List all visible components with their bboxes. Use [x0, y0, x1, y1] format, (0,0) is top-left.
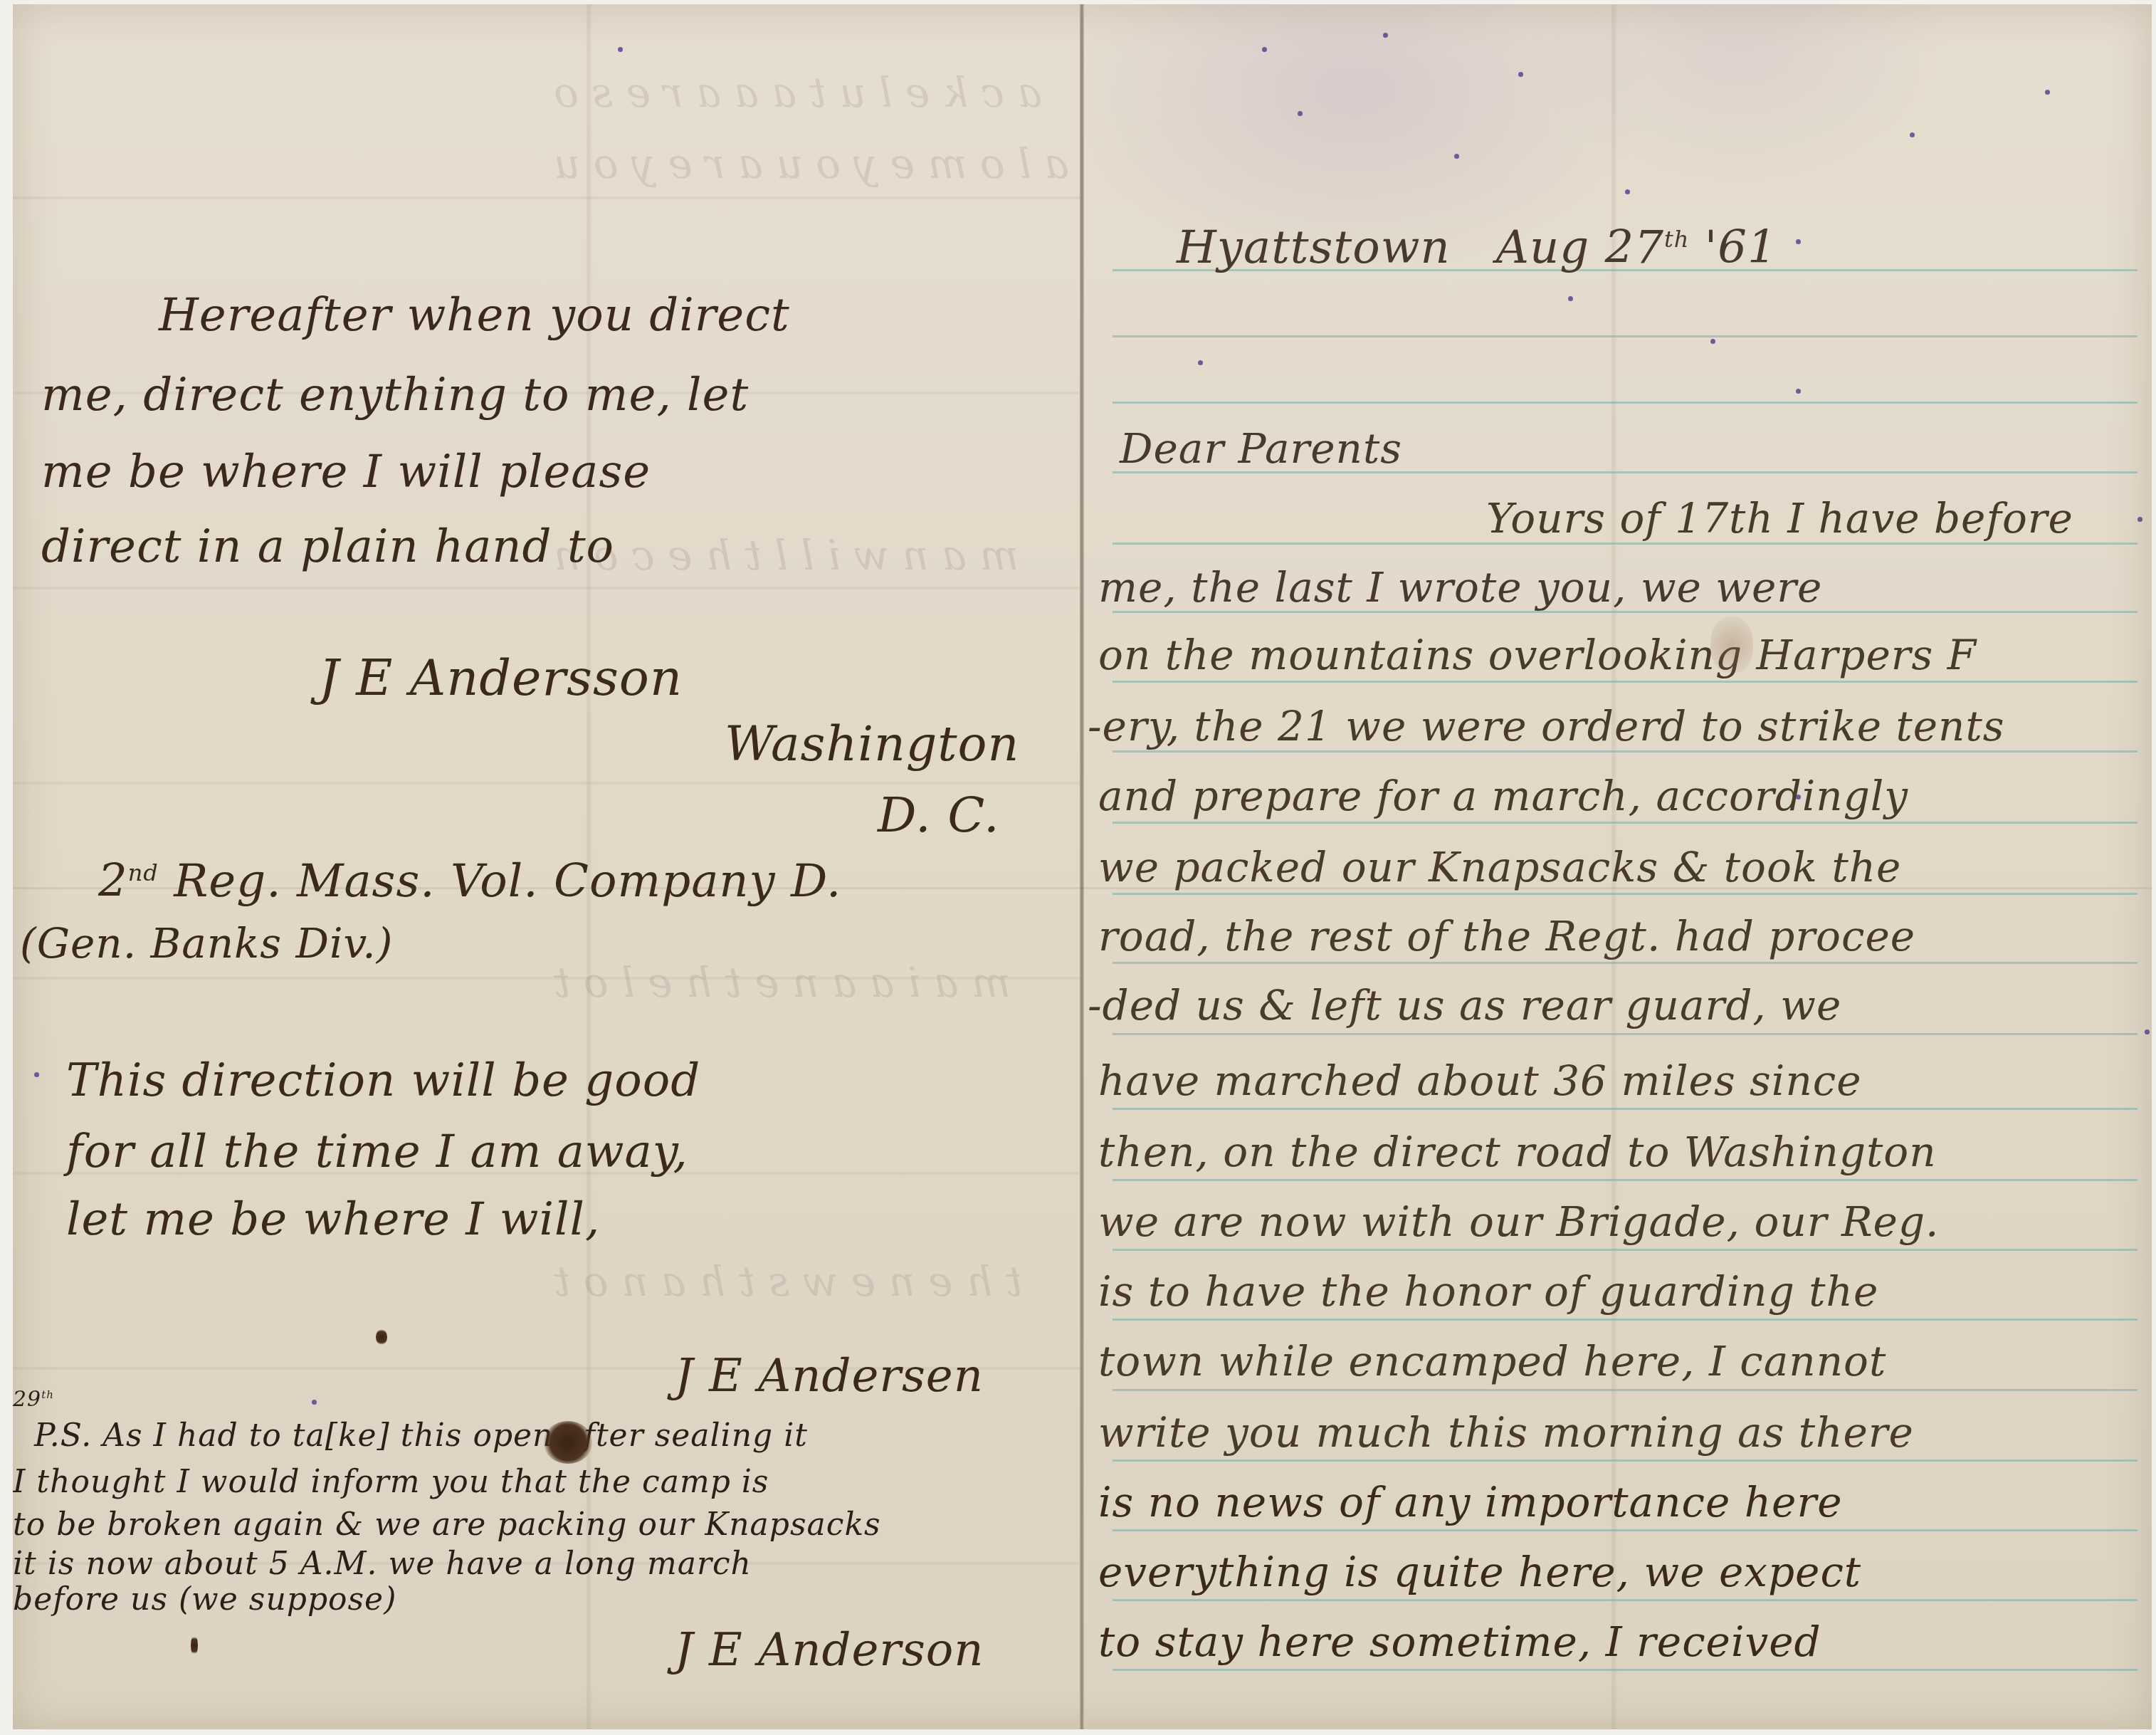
ruled-line — [1113, 962, 2137, 964]
ruled-line — [1113, 1529, 2137, 1531]
body-line: is to have the honor of guarding the — [1098, 1267, 1878, 1316]
postscript-day: 29 — [13, 1387, 41, 1412]
body-line: have marched about 36 miles since — [1098, 1057, 1862, 1105]
ruled-line — [1113, 1599, 2137, 1601]
ink-blot — [376, 1328, 387, 1346]
ink-speck — [312, 1400, 317, 1405]
note-line: This direction will be good — [66, 1054, 700, 1107]
postscript-line: P.S. As I had to ta[ke] this open after … — [34, 1417, 808, 1454]
letter-date: Aug 27 — [1496, 221, 1664, 274]
ink-speck — [1262, 47, 1267, 52]
body-line: me, the last I wrote you, we were — [1098, 563, 1822, 612]
postscript-line: to be broken again & we are packing our … — [13, 1506, 881, 1543]
body-line: to stay here sometime, I received — [1098, 1618, 1821, 1666]
ruled-line — [1113, 681, 2137, 683]
water-stain — [1710, 617, 1753, 673]
ink-speck — [1910, 132, 1915, 137]
signature-first: J E Andersen — [675, 1350, 984, 1403]
bleed-through-text: a l o m e y o u a r e y o u — [554, 140, 1069, 188]
ink-speck — [1518, 72, 1523, 77]
ink-speck — [2145, 1029, 2150, 1034]
instruction-line: direct in a plain hand to — [41, 520, 614, 573]
ruled-line — [1113, 1108, 2137, 1110]
postscript-date: 29th — [13, 1387, 54, 1412]
date-ordinal: th — [1664, 226, 1689, 253]
regiment-number: 2 — [98, 855, 128, 908]
postscript-line: it is now about 5 A.M. we have a long ma… — [13, 1546, 752, 1582]
ink-blot — [191, 1635, 198, 1656]
letter-sheet: a c k e l u t a a a r e s o a l o m e y … — [13, 4, 2152, 1729]
ink-speck — [1454, 154, 1459, 159]
ink-speck — [1568, 296, 1573, 301]
address-city: Washington — [725, 716, 1019, 772]
body-line: we are now with our Brigade, our Reg. — [1098, 1197, 1939, 1246]
ink-speck — [618, 47, 623, 52]
letter-place: Hyattstown — [1177, 221, 1451, 274]
regiment-ordinal: nd — [128, 859, 159, 886]
regiment-text: Reg. Mass. Vol. Company D. — [174, 855, 841, 908]
ruled-line — [1113, 402, 2137, 404]
ruled-line — [1113, 1669, 2137, 1671]
instruction-line: me be where I will please — [41, 446, 651, 498]
address-regiment: 2nd Reg. Mass. Vol. Company D. — [98, 855, 841, 908]
body-line: road, the rest of the Regt. had procee — [1098, 912, 1915, 960]
body-line: everything is quite here, we expect — [1098, 1548, 1861, 1596]
ink-speck — [1625, 189, 1630, 194]
ruled-line — [1113, 1459, 2137, 1462]
ink-blot — [543, 1421, 593, 1464]
ink-speck — [2045, 90, 2050, 95]
address-division: (Gen. Banks Div.) — [20, 919, 393, 968]
ink-speck — [1796, 389, 1801, 394]
letter-year: '61 — [1705, 221, 1777, 274]
body-line: -ery, the 21 we were orderd to strike te… — [1088, 702, 2004, 750]
ruled-line — [1113, 1179, 2137, 1181]
bleed-through-text: m a i a a n e t h e l o t — [554, 958, 1011, 1007]
ink-speck — [1796, 239, 1801, 244]
ink-speck — [2137, 517, 2142, 522]
postscript-line: I thought I would inform you that the ca… — [13, 1464, 769, 1500]
ruled-line — [1113, 1319, 2137, 1321]
signature-second: J E Anderson — [675, 1624, 984, 1677]
note-line: let me be where I will, — [66, 1193, 600, 1246]
ink-speck — [1298, 111, 1303, 116]
body-line: -ded us & left us as rear guard, we — [1088, 981, 1841, 1029]
body-line: write you much this morning as there — [1098, 1408, 1914, 1457]
ruled-line — [1113, 542, 2137, 545]
postscript-ordinal: th — [41, 1388, 54, 1401]
ruled-line — [1113, 893, 2137, 895]
salutation: Dear Parents — [1120, 424, 1402, 473]
address-district: D. C. — [878, 787, 1000, 844]
ruled-line — [1113, 822, 2137, 824]
body-line: Yours of 17th I have before — [1486, 494, 2073, 542]
body-line: and prepare for a march, accordingly — [1098, 772, 1908, 820]
body-line: then, on the direct road to Washington — [1098, 1128, 1937, 1176]
body-line: on the mountains overlooking Harpers F — [1098, 631, 1977, 679]
bleed-through-text: m a n w i l l t h e c o n — [554, 531, 1019, 580]
right-page: Hyattstown Aug 27th '61 Dear Parents You… — [1084, 4, 2152, 1729]
body-line: we packed our Knapsacks & took the — [1098, 843, 1901, 891]
bleed-through-text: a c k e l u t a a a r e s o — [554, 68, 1042, 117]
ruled-line — [1113, 1033, 2137, 1035]
ruled-line — [1113, 1389, 2137, 1391]
ruled-line — [1113, 1249, 2137, 1251]
ruled-line — [1113, 335, 2137, 337]
ruled-line — [1113, 750, 2137, 753]
ink-speck — [1383, 33, 1388, 38]
horizontal-fold — [13, 887, 2152, 889]
instruction-line: me, direct enything to me, let — [41, 369, 749, 421]
postscript-line: before us (we suppose) — [13, 1581, 396, 1618]
ink-speck — [1796, 795, 1801, 800]
note-line: for all the time I am away, — [66, 1126, 688, 1178]
ink-speck — [34, 1072, 39, 1077]
bleed-through-text: t h e n e w s t h a n o t — [554, 1257, 1022, 1306]
letter-dateline: Hyattstown Aug 27th '61 — [1177, 221, 1777, 274]
ink-speck — [1710, 339, 1715, 344]
left-page: a c k e l u t a a a r e s o a l o m e y … — [13, 4, 1080, 1729]
ink-speck — [1198, 360, 1203, 365]
body-line: is no news of any importance here — [1098, 1478, 1842, 1526]
body-line: town while encamped here, I cannot — [1098, 1337, 1886, 1385]
instruction-line: Hereafter when you direct — [159, 289, 790, 342]
address-name: J E Andersson — [319, 649, 683, 707]
